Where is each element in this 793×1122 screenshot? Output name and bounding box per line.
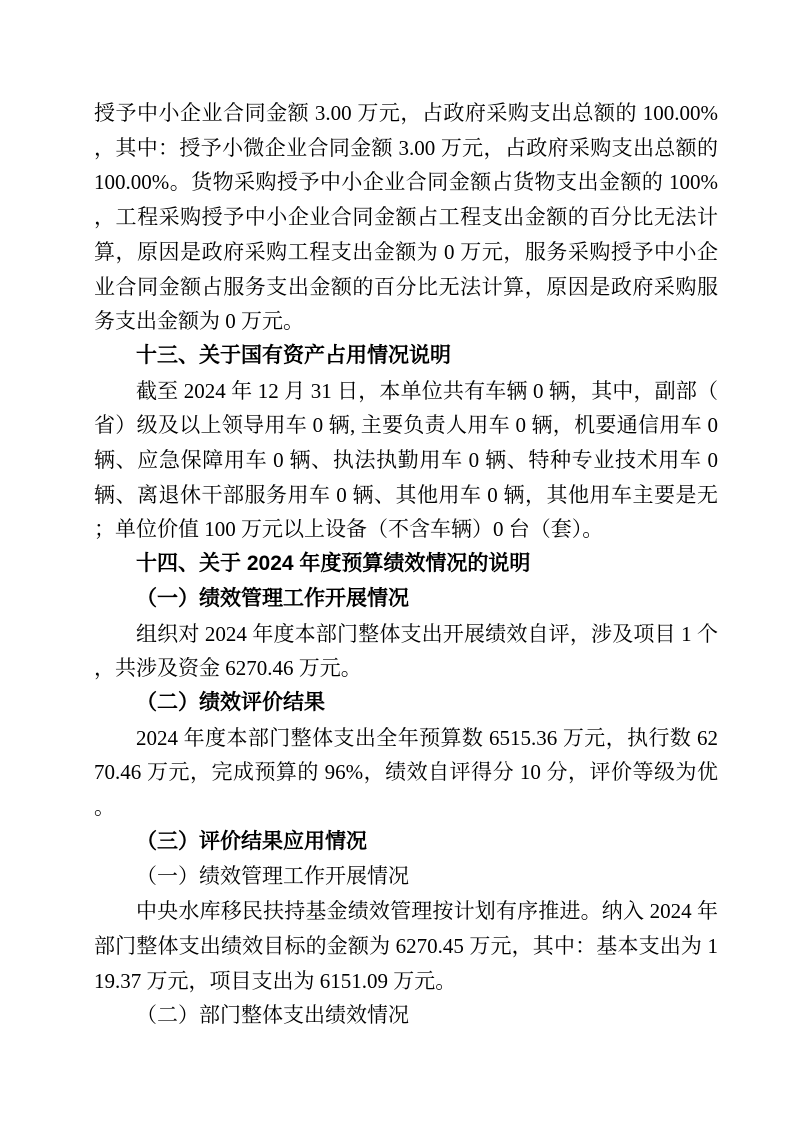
section-13-heading: 十三、关于国有资产占用情况说明 — [94, 339, 718, 374]
result-application-subheading: （三）评价结果应用情况 — [94, 825, 718, 860]
state-assets-paragraph: 截至 2024 年 12 月 31 日，本单位共有车辆 0 辆，其中，副部（省）… — [94, 374, 718, 548]
performance-management-subheading: （一）绩效管理工作开展情况 — [94, 582, 718, 617]
self-evaluation-paragraph: 组织对 2024 年度本部门整体支出开展绩效自评，涉及项目 1 个，共涉及资金 … — [94, 617, 718, 686]
procurement-continuation-paragraph: 授予中小企业合同金额 3.00 万元，占政府采购支出总额的 100.00%，其中… — [94, 96, 718, 339]
evaluation-result-subheading: （二）绩效评价结果 — [94, 686, 718, 721]
evaluation-result-paragraph: 2024 年度本部门整体支出全年预算数 6515.36 万元，执行数 6270.… — [94, 721, 718, 825]
department-expenditure-item-heading: （二）部门整体支出绩效情况 — [94, 998, 718, 1033]
performance-work-item-heading: （一）绩效管理工作开展情况 — [94, 859, 718, 894]
document-page: 授予中小企业合同金额 3.00 万元，占政府采购支出总额的 100.00%，其中… — [0, 0, 793, 1122]
reservoir-fund-paragraph: 中央水库移民扶持基金绩效管理按计划有序推进。纳入 2024 年部门整体支出绩效目… — [94, 894, 718, 998]
section-14-heading: 十四、关于 2024 年度预算绩效情况的说明 — [94, 547, 718, 582]
